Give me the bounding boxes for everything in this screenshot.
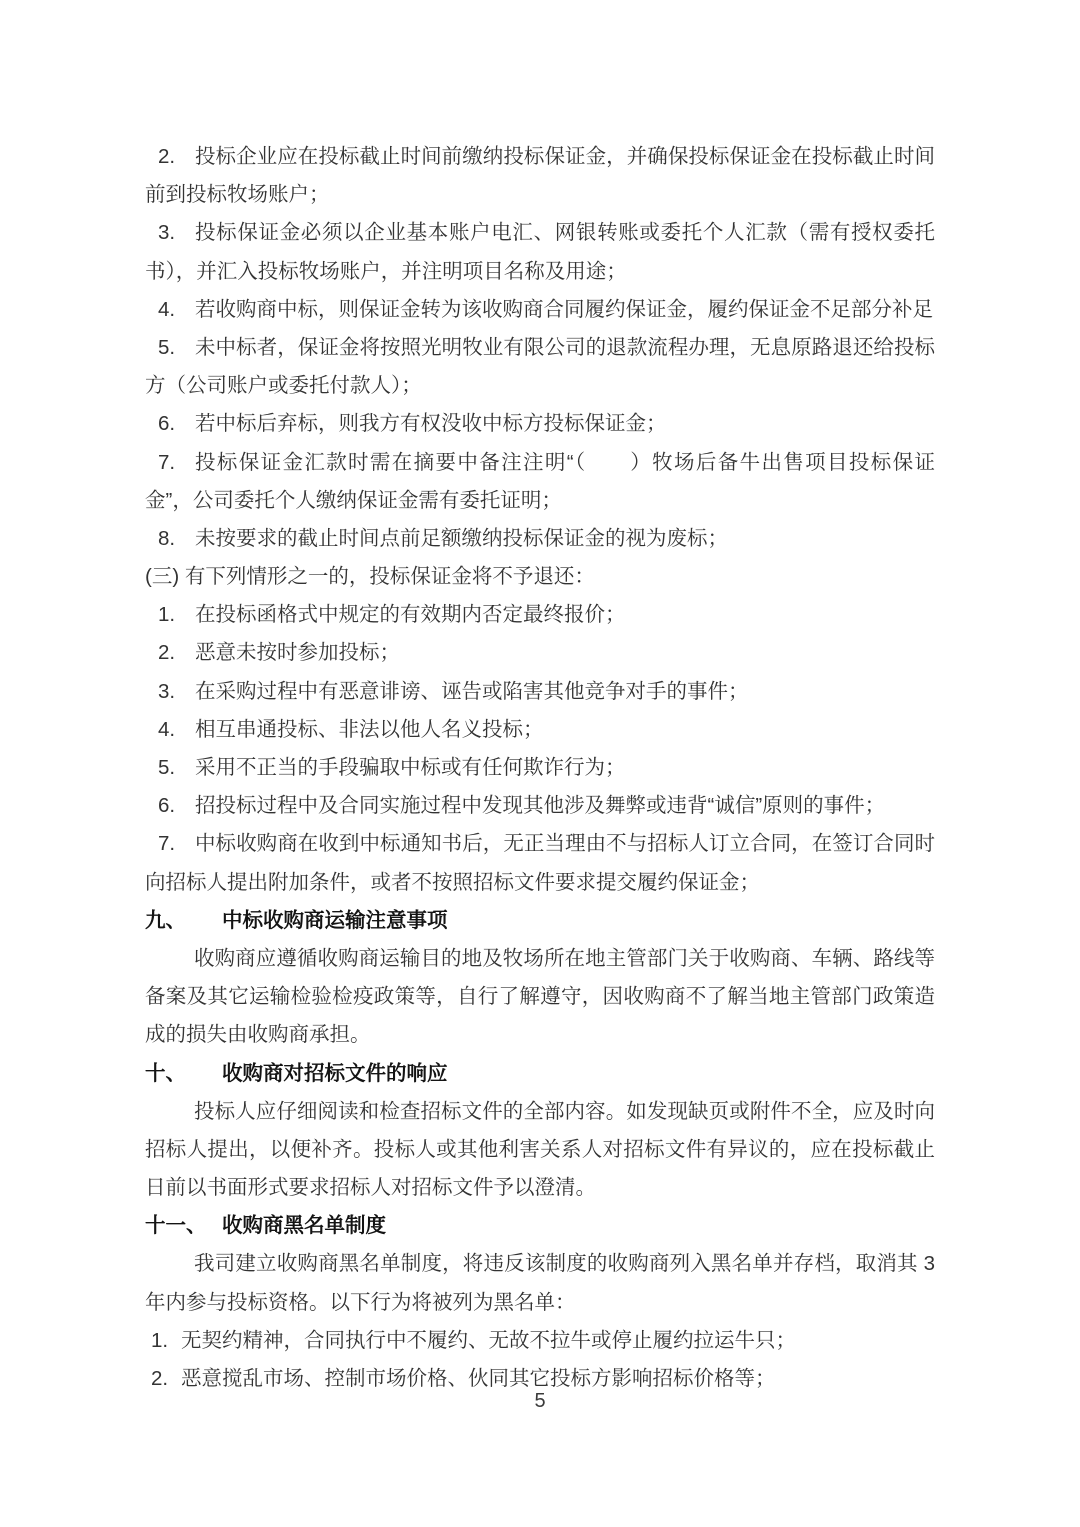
section-title: 收购商对招标文件的响应	[222, 1055, 935, 1093]
line-text: 招标人提出，以便补齐。投标人或其他利害关系人对招标文件有异议的，应在投标截止	[145, 1131, 935, 1169]
continuation-line: 向招标人提出附加条件，或者不按照招标文件要求提交履约保证金；	[145, 864, 935, 902]
list-item-line: 3. 在采购过程中有恶意诽谤、诬告或陷害其他竞争对手的事件；	[145, 673, 935, 711]
paragraph-line: 招标人提出，以便补齐。投标人或其他利害关系人对招标文件有异议的，应在投标截止	[145, 1131, 935, 1169]
list-item-line: 2. 恶意未按时参加投标；	[145, 634, 935, 672]
line-text: 年内参与投标资格。以下行为将被列为黑名单：	[145, 1284, 935, 1322]
section-number: 十、	[145, 1055, 222, 1093]
list-item-line: 1. 无契约精神，合同执行中不履约、无故不拉牛或停止履约拉运牛只；	[145, 1322, 935, 1360]
line-text: (三) 有下列情形之一的，投标保证金将不予退还：	[145, 558, 935, 596]
list-item-line: 3. 投标保证金必须以企业基本账户电汇、网银转账或委托个人汇款（需有授权委托	[145, 214, 935, 252]
line-text: 书），并汇入投标牧场账户，并注明项目名称及用途；	[145, 253, 935, 291]
line-text: 日前以书面形式要求招标人对招标文件予以澄清。	[145, 1169, 935, 1207]
line-text: 金”，公司委托个人缴纳保证金需有委托证明；	[145, 482, 935, 520]
section-heading: 十、 收购商对招标文件的响应	[145, 1055, 935, 1093]
list-item-line: 6. 招投标过程中及合同实施过程中发现其他涉及舞弊或违背“诚信”原则的事件；	[145, 787, 935, 825]
continuation-line: 金”，公司委托个人缴纳保证金需有委托证明；	[145, 482, 935, 520]
list-item-line: 8. 未按要求的截止时间点前足额缴纳投标保证金的视为废标；	[145, 520, 935, 558]
continuation-line: 方（公司账户或委托付款人）；	[145, 367, 935, 405]
paragraph-line: 成的损失由收购商承担。	[145, 1016, 935, 1054]
list-number: 1.	[145, 596, 195, 634]
list-number: 3.	[145, 214, 195, 252]
list-number: 8.	[145, 520, 195, 558]
section-title: 收购商黑名单制度	[222, 1207, 935, 1245]
document-page: { "page_number": "5", "lines": [ {"num":…	[0, 0, 1080, 1527]
list-number: 7.	[145, 825, 195, 863]
section-heading: 九、 中标收购商运输注意事项	[145, 902, 935, 940]
sub-section-line: (三) 有下列情形之一的，投标保证金将不予退还：	[145, 558, 935, 596]
line-text: 在采购过程中有恶意诽谤、诬告或陷害其他竞争对手的事件；	[195, 673, 935, 711]
line-text: 成的损失由收购商承担。	[145, 1016, 935, 1054]
list-number: 6.	[145, 405, 195, 443]
line-text: 未按要求的截止时间点前足额缴纳投标保证金的视为废标；	[195, 520, 935, 558]
list-item-line: 4. 相互串通投标、非法以他人名义投标；	[145, 711, 935, 749]
paragraph-line: 年内参与投标资格。以下行为将被列为黑名单：	[145, 1284, 935, 1322]
line-text: 中标收购商在收到中标通知书后，无正当理由不与招标人订立合同，在签订合同时	[195, 825, 935, 863]
section-number: 九、	[145, 902, 222, 940]
section-heading: 十一、 收购商黑名单制度	[145, 1207, 935, 1245]
section-title: 中标收购商运输注意事项	[222, 902, 935, 940]
list-number: 2.	[145, 634, 195, 672]
list-number: 4.	[145, 711, 195, 749]
line-text: 投标保证金汇款时需在摘要中备注注明“（ ）牧场后备牛出售项目投标保证	[195, 444, 935, 482]
list-item-line: 7. 投标保证金汇款时需在摘要中备注注明“（ ）牧场后备牛出售项目投标保证	[145, 444, 935, 482]
list-number: 3.	[145, 673, 195, 711]
document-body: 2. 投标企业应在投标截止时间前缴纳投标保证金，并确保投标保证金在投标截止时间 …	[145, 138, 935, 1398]
list-number: 5.	[145, 329, 195, 367]
list-item-line: 7. 中标收购商在收到中标通知书后，无正当理由不与招标人订立合同，在签订合同时	[145, 825, 935, 863]
line-text: 方（公司账户或委托付款人）；	[145, 367, 935, 405]
line-text: 收购商应遵循收购商运输目的地及牧场所在地主管部门关于收购商、车辆、路线等	[194, 940, 935, 978]
line-text: 投标企业应在投标截止时间前缴纳投标保证金，并确保投标保证金在投标截止时间	[195, 138, 935, 176]
list-item-line: 1. 在投标函格式中规定的有效期内否定最终报价；	[145, 596, 935, 634]
line-text: 我司建立收购商黑名单制度，将违反该制度的收购商列入黑名单并存档，取消其 3	[194, 1245, 935, 1283]
line-text: 招投标过程中及合同实施过程中发现其他涉及舞弊或违背“诚信”原则的事件；	[195, 787, 935, 825]
paragraph-line: 日前以书面形式要求招标人对招标文件予以澄清。	[145, 1169, 935, 1207]
list-item-line: 2. 投标企业应在投标截止时间前缴纳投标保证金，并确保投标保证金在投标截止时间	[145, 138, 935, 176]
list-number: 5.	[145, 749, 195, 787]
paragraph-line: 收购商应遵循收购商运输目的地及牧场所在地主管部门关于收购商、车辆、路线等	[145, 940, 935, 978]
line-text: 在投标函格式中规定的有效期内否定最终报价；	[195, 596, 935, 634]
line-text: 备案及其它运输检验检疫政策等，自行了解遵守，因收购商不了解当地主管部门政策造	[145, 978, 935, 1016]
line-text: 未中标者，保证金将按照光明牧业有限公司的退款流程办理，无息原路退还给投标	[195, 329, 935, 367]
list-number: 7.	[145, 444, 195, 482]
page-number: 5	[0, 1386, 1080, 1416]
line-text: 投标保证金必须以企业基本账户电汇、网银转账或委托个人汇款（需有授权委托	[195, 214, 935, 252]
list-item-line: 5. 采用不正当的手段骗取中标或有任何欺诈行为；	[145, 749, 935, 787]
continuation-line: 前到投标牧场账户；	[145, 176, 935, 214]
list-item-line: 4. 若收购商中标，则保证金转为该收购商合同履约保证金，履约保证金不足部分补足；	[145, 291, 935, 329]
line-text: 采用不正当的手段骗取中标或有任何欺诈行为；	[195, 749, 935, 787]
line-text: 若中标后弃标，则我方有权没收中标方投标保证金；	[195, 405, 935, 443]
line-text: 恶意未按时参加投标；	[195, 634, 935, 672]
line-text: 若收购商中标，则保证金转为该收购商合同履约保证金，履约保证金不足部分补足；	[195, 291, 935, 329]
line-text: 前到投标牧场账户；	[145, 176, 935, 214]
list-number: 1.	[145, 1322, 181, 1360]
paragraph-line: 投标人应仔细阅读和检查招标文件的全部内容。如发现缺页或附件不全，应及时向	[145, 1093, 935, 1131]
list-number: 6.	[145, 787, 195, 825]
paragraph-line: 我司建立收购商黑名单制度，将违反该制度的收购商列入黑名单并存档，取消其 3	[145, 1245, 935, 1283]
list-number: 2.	[145, 138, 195, 176]
list-item-line: 6. 若中标后弃标，则我方有权没收中标方投标保证金；	[145, 405, 935, 443]
line-text: 无契约精神，合同执行中不履约、无故不拉牛或停止履约拉运牛只；	[181, 1322, 935, 1360]
section-number: 十一、	[145, 1207, 222, 1245]
continuation-line: 书），并汇入投标牧场账户，并注明项目名称及用途；	[145, 253, 935, 291]
paragraph-line: 备案及其它运输检验检疫政策等，自行了解遵守，因收购商不了解当地主管部门政策造	[145, 978, 935, 1016]
line-text: 投标人应仔细阅读和检查招标文件的全部内容。如发现缺页或附件不全，应及时向	[194, 1093, 935, 1131]
list-item-line: 5. 未中标者，保证金将按照光明牧业有限公司的退款流程办理，无息原路退还给投标	[145, 329, 935, 367]
list-number: 4.	[145, 291, 195, 329]
line-text: 向招标人提出附加条件，或者不按照招标文件要求提交履约保证金；	[145, 864, 935, 902]
line-text: 相互串通投标、非法以他人名义投标；	[195, 711, 935, 749]
